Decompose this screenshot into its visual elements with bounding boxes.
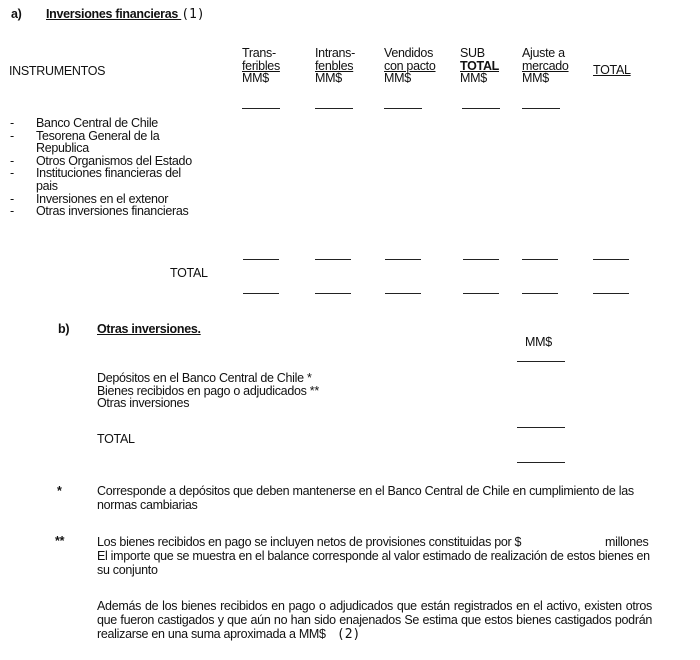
section-b-letter: b) (58, 322, 69, 336)
section-b-title: Otras inversiones. (97, 322, 201, 336)
column-header: Trans-feriblesMM$ (242, 47, 280, 85)
footnote-2-millones: millones (605, 535, 648, 549)
bullet-dash: - (10, 129, 14, 143)
column-header-unit: MM$ (242, 72, 280, 85)
rule-total-top (315, 259, 351, 260)
rule-header (462, 108, 500, 109)
bullet-dash: - (10, 204, 14, 218)
rule-total-bottom (593, 293, 629, 294)
rule-total-bottom (522, 293, 558, 294)
column-header: SUBTOTALMM$ (460, 47, 499, 85)
rule-header (384, 108, 422, 109)
section-b-items: Depósitos en el Banco Central de Chile *… (97, 372, 319, 410)
note-ref-2: (2) (337, 627, 360, 642)
footnote-1-text: Corresponde a depósitos que deben manten… (97, 484, 657, 512)
rule-header (522, 108, 560, 109)
rule-b-mid (517, 427, 565, 428)
column-header-unit: MM$ (315, 72, 355, 85)
rule-header (315, 108, 353, 109)
column-header-line2: TOTAL (593, 64, 631, 77)
section-b-column-header: MM$ (525, 335, 552, 349)
rule-b-top (517, 361, 565, 362)
section-b-item: Depósitos en el Banco Central de Chile * (97, 372, 319, 385)
rule-total-top (243, 259, 279, 260)
rule-total-bottom (385, 293, 421, 294)
rule-total-top (522, 259, 558, 260)
rule-header (242, 108, 280, 109)
column-header: Vendidoscon pactoMM$ (384, 47, 436, 85)
rule-total-bottom (243, 293, 279, 294)
column-header: Intrans-fenblesMM$ (315, 47, 355, 85)
instruments-header: INSTRUMENTOS (9, 64, 105, 78)
rule-total-bottom (315, 293, 351, 294)
column-header-unit: MM$ (384, 72, 436, 85)
column-header-unit: MM$ (522, 72, 569, 85)
closing-paragraph: Además de los bienes recibidos en pago o… (97, 599, 652, 642)
rule-total-top (593, 259, 629, 260)
rule-total-top (463, 259, 499, 260)
total-label-b: TOTAL (97, 432, 135, 446)
column-header-line1: SUB (460, 47, 499, 60)
instrument-item: Otras inversiones financieras (36, 204, 188, 218)
column-header-line1: Trans- (242, 47, 280, 60)
bullet-dash: - (10, 166, 14, 180)
note-ref-1: (1) (181, 7, 204, 22)
section-a-title-text: Inversiones financieras (46, 7, 181, 21)
rule-b-bottom (517, 462, 565, 463)
footnote-2-text: El importe que se muestra en el balance … (97, 549, 657, 577)
footnote-2-line1: Los bienes recibidos en pago se incluyen… (97, 535, 521, 549)
column-header-unit: MM$ (460, 72, 499, 85)
column-header: TOTAL (593, 64, 631, 77)
section-b-item: Otras inversiones (97, 397, 319, 410)
footnote-marker-2: ** (55, 534, 64, 548)
rule-total-top (385, 259, 421, 260)
column-header-line1: Vendidos (384, 47, 436, 60)
rule-total-bottom (463, 293, 499, 294)
total-label-a: TOTAL (170, 266, 208, 280)
column-header-line1: Intrans- (315, 47, 355, 60)
footnote-marker-1: * (57, 484, 62, 498)
section-a-letter: a) (11, 7, 22, 21)
section-a-title: Inversiones financieras (1) (46, 7, 205, 22)
column-header-line1: Ajuste a (522, 47, 569, 60)
column-header: Ajuste amercadoMM$ (522, 47, 569, 85)
closing-paragraph-text: Además de los bienes recibidos en pago o… (97, 599, 652, 641)
